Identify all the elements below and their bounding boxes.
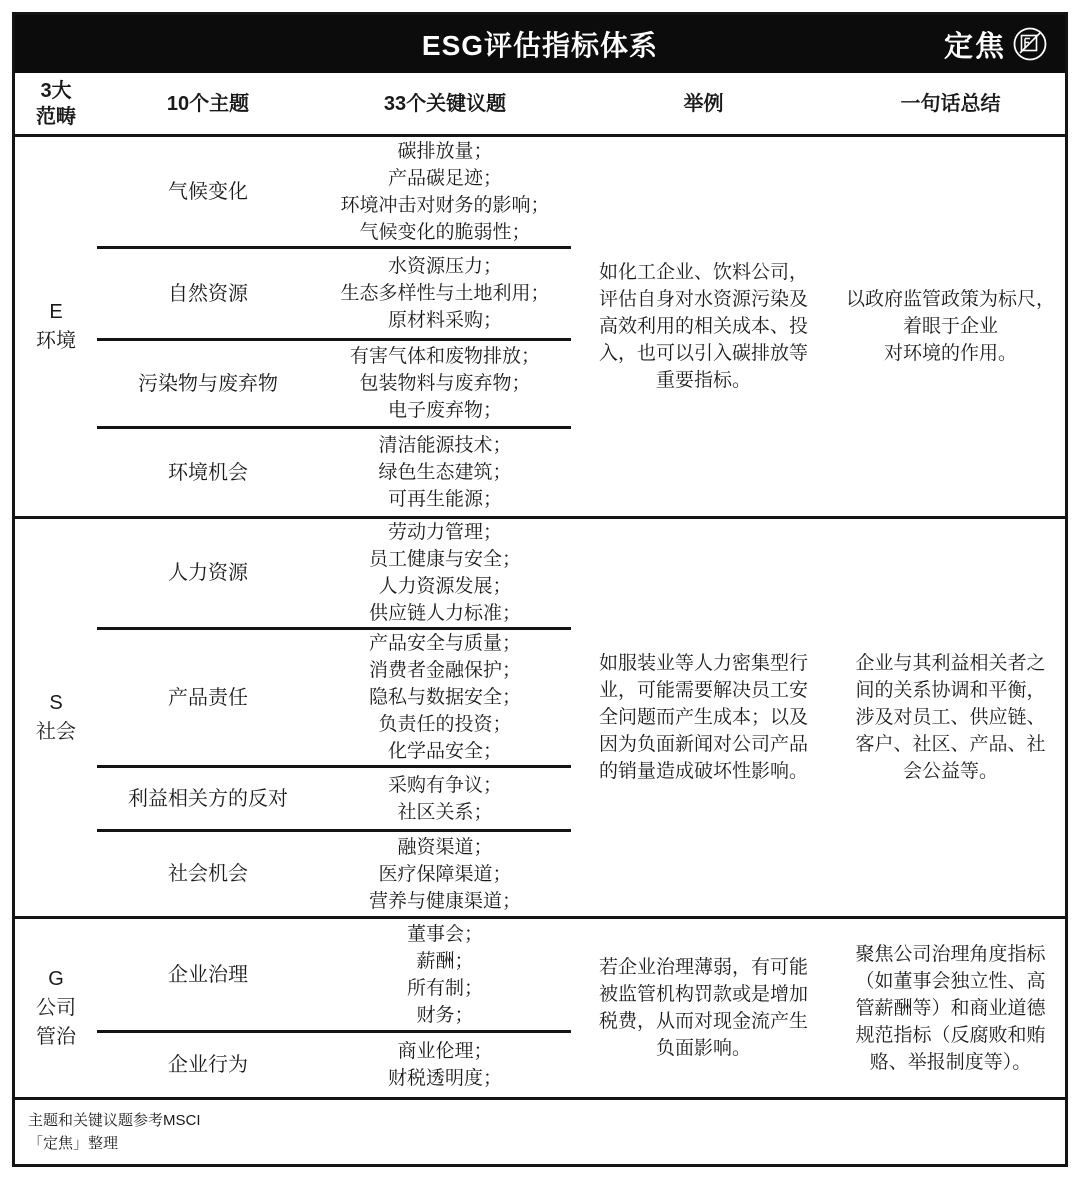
issues-cell: 产品安全与质量； 消费者金融保护； 隐私与数据安全； 负责任的投资； 化学品安全… (319, 630, 571, 765)
column-header-examples: 举例 (571, 91, 836, 117)
table-row: 利益相关方的反对 采购有争议； 社区关系； (97, 768, 571, 832)
issues-cell: 有害气体和废物排放； 包装物料与废弃物； 电子废弃物； (319, 341, 571, 426)
category-cell: G 公司 管治 (15, 919, 97, 1097)
theme-rows: 人力资源 劳动力管理； 员工健康与安全； 人力资源发展； 供应链人力标准； 产品… (97, 519, 571, 916)
footer-source-line: 主题和关键议题参考MSCI (28, 1109, 1065, 1132)
issues-cell: 水资源压力； 生态多样性与土地利用； 原材料采购； (319, 249, 571, 338)
topic-cell: 自然资源 (97, 249, 319, 338)
column-header-categories: 3大 范畴 (15, 78, 97, 130)
topic-cell: 社会机会 (97, 832, 319, 916)
footer-credit-line: 「定焦」整理 (28, 1132, 1065, 1155)
topic-cell: 环境机会 (97, 429, 319, 516)
footer-note: 主题和关键议题参考MSCI 「定焦」整理 (15, 1100, 1065, 1164)
issues-cell: 劳动力管理； 员工健康与安全； 人力资源发展； 供应链人力标准； (319, 519, 571, 627)
table-row: 自然资源 水资源压力； 生态多样性与土地利用； 原材料采购； (97, 249, 571, 341)
topic-cell: 利益相关方的反对 (97, 768, 319, 829)
column-header-summary: 一句话总结 (836, 91, 1065, 117)
summary-cell: 企业与其利益相关者之 间的关系协调和平衡， 涉及对员工、供应链、 客户、社区、产… (836, 519, 1065, 916)
example-cell: 如服装业等人力密集型行 业，可能需要解决员工安 全问题而产生成本；以及 因为负面… (571, 519, 836, 916)
topic-cell: 气候变化 (97, 137, 319, 246)
example-cell: 若企业治理薄弱，有可能 被监管机构罚款或是增加 税费，从而对现金流产生 负面影响… (571, 919, 836, 1097)
summary-cell: 以政府监管政策为标尺， 着眼于企业 对环境的作用。 (836, 137, 1065, 516)
example-cell: 如化工企业、饮料公司， 评估自身对水资源污染及 高效利用的相关成本、投 入，也可… (571, 137, 836, 516)
issues-cell: 董事会； 薪酬； 所有制； 财务； (319, 919, 571, 1030)
page-title: ESG评估指标体系 (422, 24, 658, 64)
esg-table: ESG评估指标体系 定焦 3大 范畴 10个主题 33个关键议题 举例 一句话总… (12, 12, 1068, 1167)
category-cell: E 环境 (15, 137, 97, 516)
topic-cell: 人力资源 (97, 519, 319, 627)
table-row: 污染物与废弃物 有害气体和废物排放； 包装物料与废弃物； 电子废弃物； (97, 341, 571, 429)
summary-cell: 聚焦公司治理角度指标 （如董事会独立性、高 管薪酬等）和商业道德 规范指标（反腐… (836, 919, 1065, 1097)
topic-cell: 产品责任 (97, 630, 319, 765)
table-row: 社会机会 融资渠道； 医疗保障渠道； 营养与健康渠道； (97, 832, 571, 916)
table-row: 企业治理 董事会； 薪酬； 所有制； 财务； (97, 919, 571, 1033)
table-row: 产品责任 产品安全与质量； 消费者金融保护； 隐私与数据安全； 负责任的投资； … (97, 630, 571, 768)
issues-cell: 碳排放量； 产品碳足迹； 环境冲击对财务的影响； 气候变化的脆弱性； (319, 137, 571, 246)
category-cell: S 社会 (15, 519, 97, 916)
column-header-themes: 10个主题 (97, 91, 319, 117)
section-environment: E 环境 气候变化 碳排放量； 产品碳足迹； 环境冲击对财务的影响； 气候变化的… (15, 137, 1065, 519)
title-bar: ESG评估指标体系 定焦 (15, 15, 1065, 73)
issues-cell: 采购有争议； 社区关系； (319, 768, 571, 829)
topic-cell: 企业行为 (97, 1033, 319, 1097)
theme-rows: 气候变化 碳排放量； 产品碳足迹； 环境冲击对财务的影响； 气候变化的脆弱性； … (97, 137, 571, 516)
column-header-key-issues: 33个关键议题 (319, 91, 571, 117)
section-social: S 社会 人力资源 劳动力管理； 员工健康与安全； 人力资源发展； 供应链人力标… (15, 519, 1065, 919)
issues-cell: 商业伦理； 财税透明度； (319, 1033, 571, 1097)
issues-cell: 清洁能源技术； 绿色生态建筑； 可再生能源； (319, 429, 571, 516)
section-governance: G 公司 管治 企业治理 董事会； 薪酬； 所有制； 财务； 企业行为 商业伦理… (15, 919, 1065, 1100)
topic-cell: 企业治理 (97, 919, 319, 1030)
table-row: 气候变化 碳排放量； 产品碳足迹； 环境冲击对财务的影响； 气候变化的脆弱性； (97, 137, 571, 249)
column-headers: 3大 范畴 10个主题 33个关键议题 举例 一句话总结 (15, 73, 1065, 137)
table-row: 环境机会 清洁能源技术； 绿色生态建筑； 可再生能源； (97, 429, 571, 516)
theme-rows: 企业治理 董事会； 薪酬； 所有制； 财务； 企业行为 商业伦理； 财税透明度； (97, 919, 571, 1097)
issues-cell: 融资渠道； 医疗保障渠道； 营养与健康渠道； (319, 832, 571, 916)
brand: 定焦 (944, 15, 1049, 73)
table-row: 人力资源 劳动力管理； 员工健康与安全； 人力资源发展； 供应链人力标准； (97, 519, 571, 630)
table-row: 企业行为 商业伦理； 财税透明度； (97, 1033, 571, 1097)
brand-name: 定焦 (944, 24, 1006, 65)
dingjiao-logo-icon (1011, 25, 1049, 63)
topic-cell: 污染物与废弃物 (97, 341, 319, 426)
